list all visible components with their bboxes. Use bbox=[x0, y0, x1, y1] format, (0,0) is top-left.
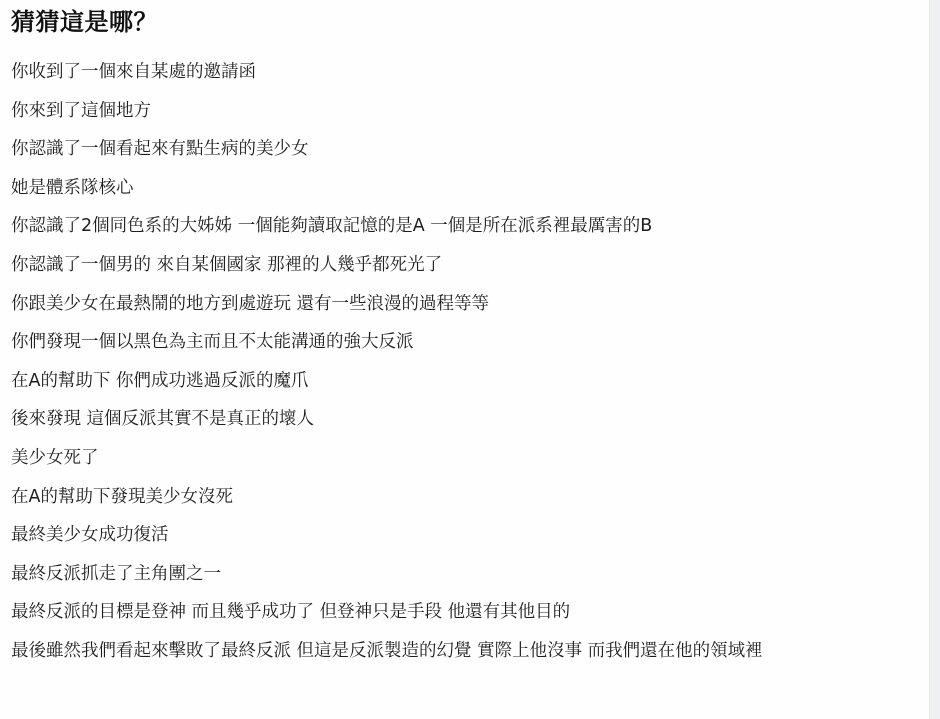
story-line: 你們發現一個以黑色為主而且不太能溝通的強大反派 bbox=[11, 323, 763, 362]
side-panel-edge bbox=[929, 0, 940, 719]
story-line: 最終反派的目標是登神 而且幾乎成功了 但登神只是手段 他還有其他目的 bbox=[11, 593, 763, 632]
story-lines: 你收到了一個來自某處的邀請函 你來到了這個地方 你認識了一個看起來有點生病的美少… bbox=[11, 53, 763, 671]
story-line: 你來到了這個地方 bbox=[11, 92, 763, 131]
story-line: 最終美少女成功復活 bbox=[11, 516, 763, 555]
story-line: 後來發現 這個反派其實不是真正的壞人 bbox=[11, 400, 763, 439]
story-line: 你認識了2個同色系的大姊姊 一個能夠讀取記憶的是A 一個是所在派系裡最厲害的B bbox=[11, 207, 763, 246]
story-line: 最終反派抓走了主角團之一 bbox=[11, 555, 763, 594]
story-line: 你跟美少女在最熱鬧的地方到處遊玩 還有一些浪漫的過程等等 bbox=[11, 285, 763, 324]
story-line: 你認識了一個男的 來自某個國家 那裡的人幾乎都死光了 bbox=[11, 246, 763, 285]
story-line: 你認識了一個看起來有點生病的美少女 bbox=[11, 130, 763, 169]
post-title: 猜猜這是哪？ bbox=[11, 4, 158, 40]
story-line: 在A的幫助下 你們成功逃過反派的魔爪 bbox=[11, 362, 763, 401]
story-line: 在A的幫助下發現美少女沒死 bbox=[11, 478, 763, 517]
post-content: 猜猜這是哪？ 你收到了一個來自某處的邀請函 你來到了這個地方 你認識了一個看起來… bbox=[0, 0, 929, 719]
story-line: 美少女死了 bbox=[11, 439, 763, 478]
story-line: 你收到了一個來自某處的邀請函 bbox=[11, 53, 763, 92]
story-line: 最後雖然我們看起來擊敗了最終反派 但這是反派製造的幻覺 實際上他沒事 而我們還在… bbox=[11, 632, 763, 671]
story-line: 她是體系隊核心 bbox=[11, 169, 763, 208]
